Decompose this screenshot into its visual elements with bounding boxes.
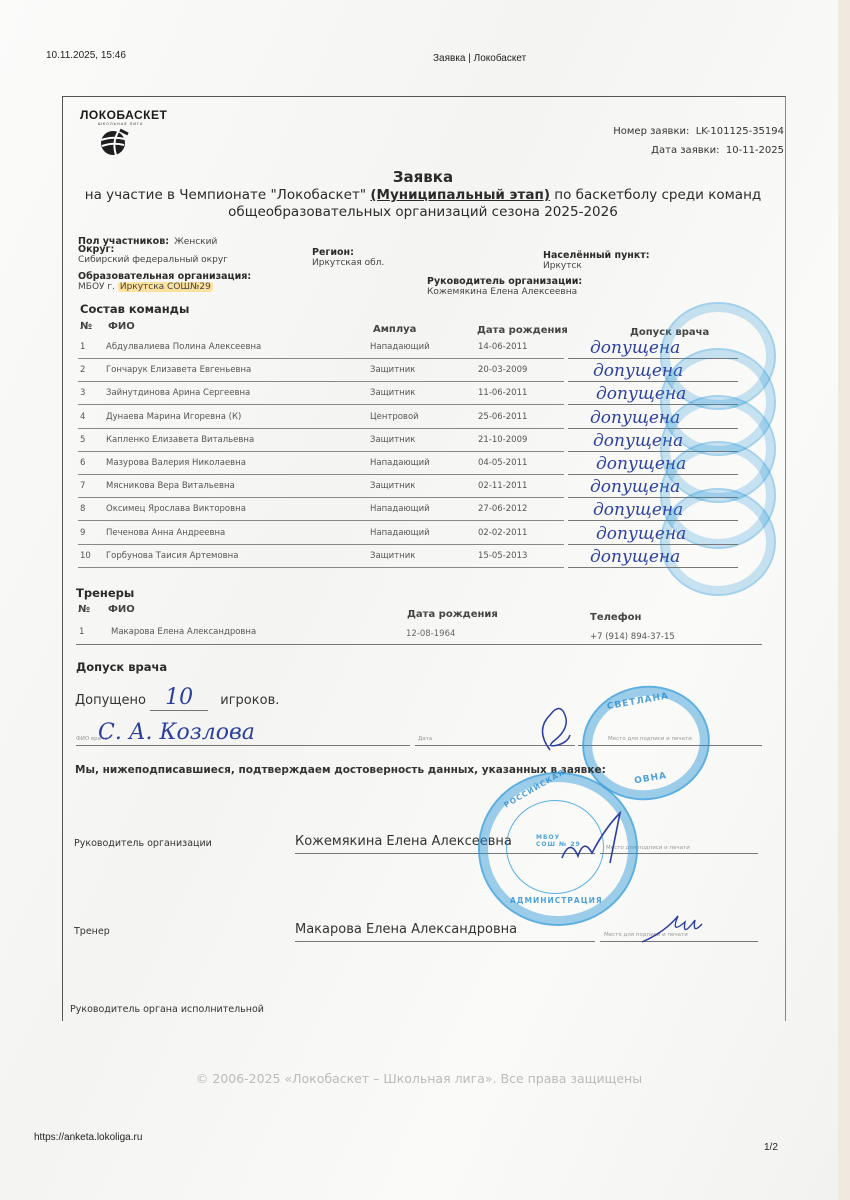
- doctor-signature: [530, 700, 580, 755]
- coach-name: Макарова Елена Александровна: [111, 627, 256, 637]
- team-section-title: Состав команды: [80, 302, 189, 316]
- player-name: Оксимец Ярослава Викторовна: [106, 504, 246, 514]
- print-page-title: Заявка | Локобаскет: [433, 53, 526, 64]
- basketball-icon: [96, 128, 132, 156]
- team-row: 5Капленко Елизавета ВитальевнаЗащитник21…: [78, 429, 564, 452]
- doctor-date-label: Дата: [418, 736, 432, 742]
- stage-label: (Муниципальный этап): [370, 187, 550, 203]
- coach-col-dob: Дата рождения: [407, 609, 498, 620]
- doctor-stamp: [660, 488, 776, 596]
- player-role: Защитник: [370, 388, 415, 398]
- player-dob: 25-06-2011: [478, 412, 527, 422]
- team-row: 8Оксимец Ярослава ВикторовнаНападающий27…: [78, 498, 564, 521]
- player-number: 6: [80, 458, 85, 468]
- player-role: Защитник: [370, 435, 415, 445]
- player-name: Мясникова Вера Витальевна: [106, 481, 235, 491]
- player-number: 5: [80, 435, 85, 445]
- doctor-name-line: [76, 745, 410, 746]
- team-row: 4Дунаева Марина Игоревна (К)Центровой25-…: [78, 406, 564, 429]
- player-dob: 02-11-2011: [478, 481, 527, 491]
- player-role: Защитник: [370, 551, 415, 561]
- player-role: Защитник: [370, 481, 415, 491]
- head-signature: [560, 808, 640, 868]
- confirmation-text: Мы, нижеподписавшиеся, подтверждаем дост…: [75, 764, 606, 776]
- admission-line: [568, 567, 738, 568]
- coach-dob: 12-08-1964: [406, 629, 455, 639]
- player-number: 7: [80, 481, 85, 491]
- player-dob: 27-06-2012: [478, 504, 527, 514]
- player-number: 9: [80, 528, 85, 538]
- team-row: 10Горбунова Таисия АртемовнаЗащитник15-0…: [78, 545, 564, 568]
- signer-coach-line: [295, 941, 595, 942]
- player-dob: 21-10-2009: [478, 435, 527, 445]
- player-number: 1: [80, 342, 85, 352]
- application-date: Дата заявки: 10-11-2025: [651, 145, 784, 156]
- player-name: Гончарук Елизавета Евгеньевна: [106, 365, 251, 375]
- region-field: Регион: Иркутская обл.: [312, 247, 384, 268]
- player-name: Абдулвалиева Полина Алексеевна: [106, 342, 261, 352]
- player-name: Мазурова Валерия Николаевна: [106, 458, 246, 468]
- player-dob: 02-02-2011: [478, 528, 527, 538]
- coach-col-phone: Телефон: [590, 612, 641, 623]
- organization-field: Образовательная организация: МБОУ г. Ирк…: [78, 271, 251, 292]
- application-number: Номер заявки: LK-101125-35194: [613, 126, 784, 137]
- player-role: Нападающий: [370, 528, 430, 538]
- player-role: Защитник: [370, 365, 415, 375]
- team-row: 6Мазурова Валерия НиколаевнаНападающий04…: [78, 452, 564, 475]
- player-number: 10: [80, 551, 91, 561]
- team-row: 1Абдулвалиева Полина АлексеевнаНападающи…: [78, 336, 564, 359]
- admitted-count-line: Допущено 10 игроков.: [75, 685, 279, 711]
- signer-coach-role: Тренер: [74, 926, 110, 937]
- highlighted-org-name: Иркутска СОШ№29: [118, 282, 213, 292]
- page-number: 1/2: [764, 1142, 778, 1153]
- logo-tagline: ШКОЛЬНАЯ ЛИГА: [98, 122, 167, 126]
- signer-coach-name: Макарова Елена Александровна: [295, 922, 517, 937]
- player-name: Капленко Елизавета Витальевна: [106, 435, 254, 445]
- admitted-count: 10: [150, 685, 208, 711]
- player-number: 3: [80, 388, 85, 398]
- team-row: 7Мясникова Вера ВитальевнаЗащитник02-11-…: [78, 475, 564, 498]
- player-name: Горбунова Таисия Артемовна: [106, 551, 238, 561]
- player-number: 8: [80, 504, 85, 514]
- player-role: Нападающий: [370, 342, 430, 352]
- logo-name: ЛОКОБАСКЕТ: [80, 108, 167, 122]
- locality-field: Населённый пункт: Иркутск: [543, 250, 650, 271]
- application-date-value: 10-11-2025: [726, 145, 784, 156]
- application-number-value: LK-101125-35194: [696, 126, 784, 137]
- player-number: 4: [80, 412, 85, 422]
- player-dob: 11-06-2011: [478, 388, 527, 398]
- page-edge: [838, 0, 850, 1200]
- signer-head-role: Руководитель организации: [74, 838, 212, 849]
- document-subtitle: на участие в Чемпионате "Локобаскет" (Му…: [62, 187, 784, 221]
- team-col-number: №: [80, 321, 92, 332]
- player-dob: 20-03-2009: [478, 365, 527, 375]
- team-row: 9Печенова Анна АндреевнаНападающий02-02-…: [78, 522, 564, 545]
- coach-col-name: ФИО: [108, 604, 135, 615]
- player-name: Зайнутдинова Арина Сергеевна: [106, 388, 250, 398]
- player-dob: 14-06-2011: [478, 342, 527, 352]
- coach-phone: +7 (914) 894-37-15: [590, 632, 675, 642]
- head-field: Руководитель организации: Кожемякина Еле…: [427, 276, 582, 297]
- doctor-name-handwritten: С. А. Козлова: [98, 720, 255, 745]
- player-name: Дунаева Марина Игоревна (К): [106, 412, 241, 422]
- player-dob: 15-05-2013: [478, 551, 527, 561]
- doctor-section-title: Допуск врача: [76, 660, 167, 674]
- coach-col-number: №: [78, 604, 90, 615]
- player-role: Центровой: [370, 412, 419, 422]
- logo: ЛОКОБАСКЕТ ШКОЛЬНАЯ ЛИГА: [80, 108, 167, 160]
- district-field: Округ: Сибирский федеральный округ: [78, 244, 228, 265]
- player-dob: 04-05-2011: [478, 458, 527, 468]
- admission-handwritten: допущена: [590, 547, 680, 567]
- player-number: 2: [80, 365, 85, 375]
- player-name: Печенова Анна Андреевна: [106, 528, 225, 538]
- player-role: Нападающий: [370, 458, 430, 468]
- signer-authority-role: Руководитель органа исполнительной: [70, 1004, 264, 1015]
- team-row: 3Зайнутдинова Арина СергеевнаЗащитник11-…: [78, 382, 564, 405]
- coach-signature: [640, 910, 710, 945]
- team-col-name: ФИО: [108, 321, 135, 332]
- coaches-section-title: Тренеры: [76, 586, 134, 600]
- document-title: Заявка: [62, 168, 784, 186]
- player-role: Нападающий: [370, 504, 430, 514]
- team-row: 2Гончарук Елизавета ЕвгеньевнаЗащитник20…: [78, 359, 564, 382]
- page-url[interactable]: https://anketa.lokoliga.ru: [34, 1132, 142, 1143]
- coach-row: 1 Макарова Елена Александровна 12-08-196…: [76, 624, 762, 645]
- team-col-role: Амплуа: [373, 324, 416, 335]
- copyright: © 2006-2025 «Локобаскет – Школьная лига»…: [0, 1071, 838, 1086]
- print-datetime: 10.11.2025, 15:46: [46, 50, 126, 61]
- team-col-dob: Дата рождения: [477, 325, 568, 336]
